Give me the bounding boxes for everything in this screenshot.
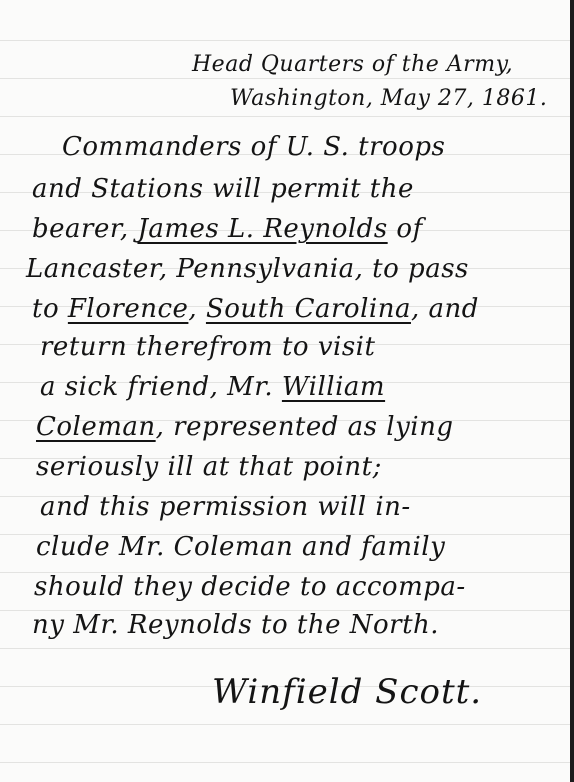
friend-first-name: William — [282, 372, 385, 402]
bearer-of: of — [388, 214, 423, 244]
body-line-12: should they decide to accompa- — [34, 572, 466, 602]
body-line-10: and this permission will in- — [40, 492, 411, 522]
body-line-7: a sick friend, Mr. William — [40, 372, 385, 402]
letter-page: Head Quarters of the Army, Washington, M… — [0, 0, 570, 782]
body-line-8: Coleman, represented as lying — [36, 412, 454, 442]
body-line-1: Commanders of U. S. troops — [62, 132, 445, 162]
body-line-5: to Florence, South Carolina, and — [32, 294, 479, 324]
and-word: , and — [411, 294, 479, 324]
comma: , — [188, 294, 206, 324]
destination-state: South Carolina — [206, 294, 411, 324]
body-line-3: bearer, James L. Reynolds of — [32, 214, 423, 244]
bearer-label: bearer, — [32, 214, 137, 244]
body-line-13: ny Mr. Reynolds to the North. — [32, 610, 439, 640]
represented-text: , represented as lying — [156, 412, 454, 442]
body-line-6: return therefrom to visit — [40, 332, 375, 362]
friend-last-name: Coleman — [36, 412, 156, 442]
header-headquarters: Head Quarters of the Army, — [192, 52, 513, 77]
body-line-11: clude Mr. Coleman and family — [36, 532, 445, 562]
sick-friend-text: a sick friend, Mr. — [40, 372, 282, 402]
bearer-name: James L. Reynolds — [137, 214, 387, 244]
body-line-2: and Stations will permit the — [32, 174, 414, 204]
body-line-4: Lancaster, Pennsylvania, to pass — [26, 254, 469, 284]
to-word: to — [32, 294, 68, 324]
signature: Winfield Scott. — [212, 672, 482, 712]
destination-city: Florence — [68, 294, 189, 324]
page-edge — [570, 0, 574, 782]
body-line-9: seriously ill at that point; — [36, 452, 382, 482]
header-place-date: Washington, May 27, 1861. — [230, 86, 547, 111]
